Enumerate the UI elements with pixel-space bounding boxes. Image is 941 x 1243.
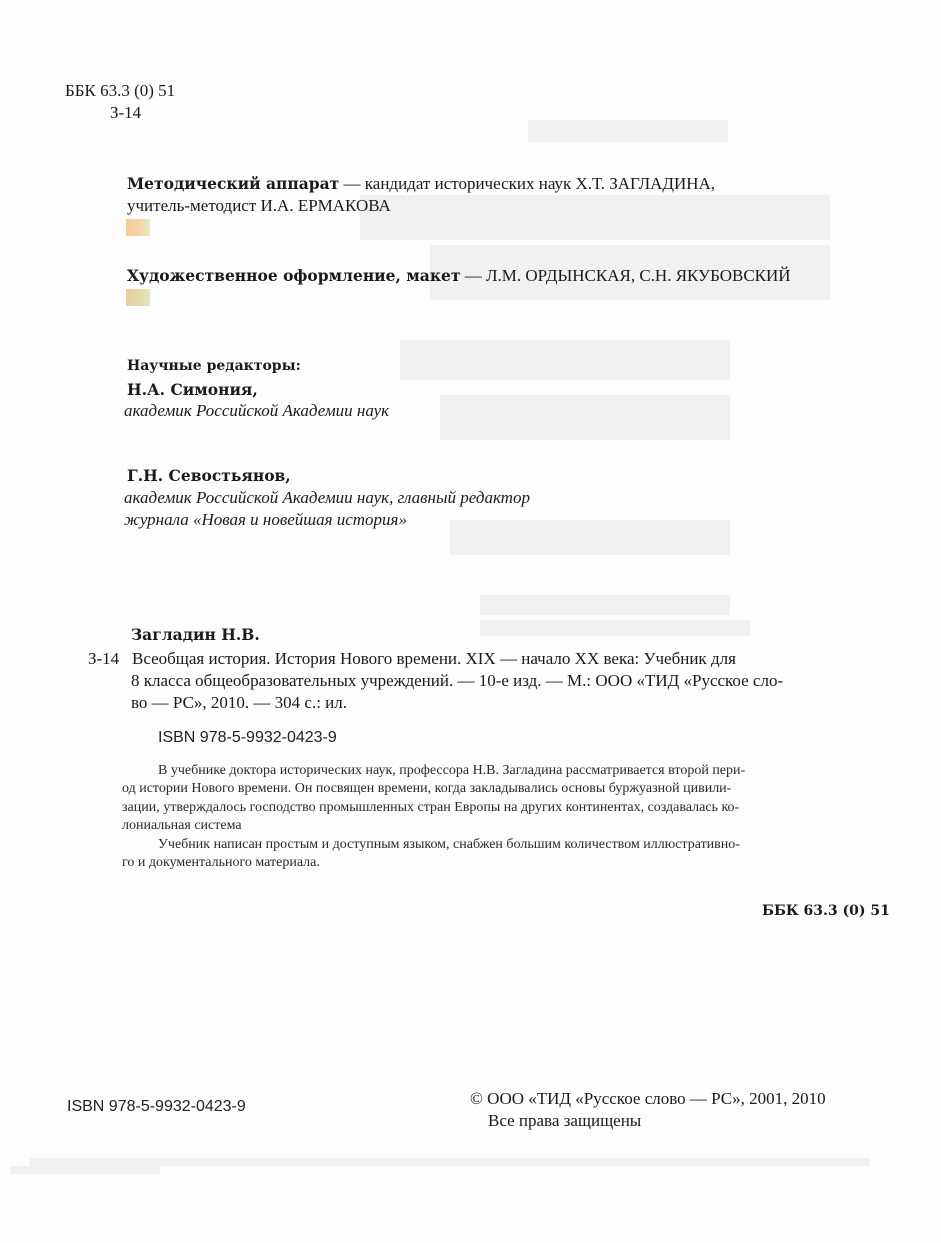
editor-name: Г.Н. Севостьянов,	[127, 466, 291, 485]
editors-label: Научные редакторы:	[127, 358, 301, 374]
bbk-index: ББК 63.3 (0) 51	[65, 80, 175, 102]
catalog-isbn: ISBN 978-5-9932-0423-9	[158, 729, 337, 747]
catalog-line: во — РС», 2010. — 304 с.: ил.	[131, 692, 347, 714]
copyright-line: © ООО «ТИД «Русское слово — РС», 2001, 2…	[470, 1088, 826, 1110]
editor-name: Н.А. Симония,	[127, 380, 258, 399]
abstract-line: Учебник написан простым и доступным язык…	[158, 836, 740, 855]
editor-title: академик Российской Академии наук, главн…	[124, 488, 530, 508]
credit-methodical: Методический аппарат — кандидат историче…	[127, 172, 715, 195]
credit-design: Художественное оформление, макет — Л.М. …	[127, 264, 791, 287]
author-mark: З-14	[110, 102, 141, 124]
rights-reserved: Все права защищены	[470, 1110, 826, 1132]
catalog-line: Всеобщая история. История Нового времени…	[132, 648, 736, 670]
abstract-line: од истории Нового времени. Он посвящен в…	[122, 780, 731, 799]
credit-role: Художественное оформление, макет	[127, 266, 461, 285]
abstract-line: В учебнике доктора исторических наук, пр…	[158, 762, 745, 781]
catalog-author: Загладин Н.В.	[131, 625, 260, 644]
catalog-line: 8 класса общеобразовательных учреждений.…	[131, 670, 783, 692]
abstract-line: зации, утверждалось господство промышлен…	[122, 799, 739, 818]
editor-title: журнала «Новая и новейшая история»	[124, 510, 407, 530]
credit-people: Л.М. ОРДЫНСКАЯ, С.Н. ЯКУБОВСКИЙ	[486, 266, 791, 285]
color-swatch	[126, 219, 150, 236]
copyright: © ООО «ТИД «Русское слово — РС», 2001, 2…	[470, 1088, 826, 1132]
abstract-line: го и документального материала.	[122, 854, 320, 873]
credit-role: Методический аппарат	[127, 174, 339, 193]
isbn-bottom: ISBN 978-5-9932-0423-9	[67, 1098, 246, 1116]
abstract-line: лониальная система	[122, 817, 242, 836]
color-swatch	[126, 289, 150, 306]
bbk-index-bottom: ББК 63.3 (0) 51	[762, 903, 890, 919]
credit-people: кандидат исторических наук Х.Т. ЗАГЛАДИН…	[365, 174, 715, 193]
catalog-mark: З-14	[88, 648, 119, 670]
credit-methodical-line2: учитель-методист И.А. ЕРМАКОВА	[127, 194, 391, 217]
editor-title: академик Российской Академии наук	[124, 401, 389, 421]
